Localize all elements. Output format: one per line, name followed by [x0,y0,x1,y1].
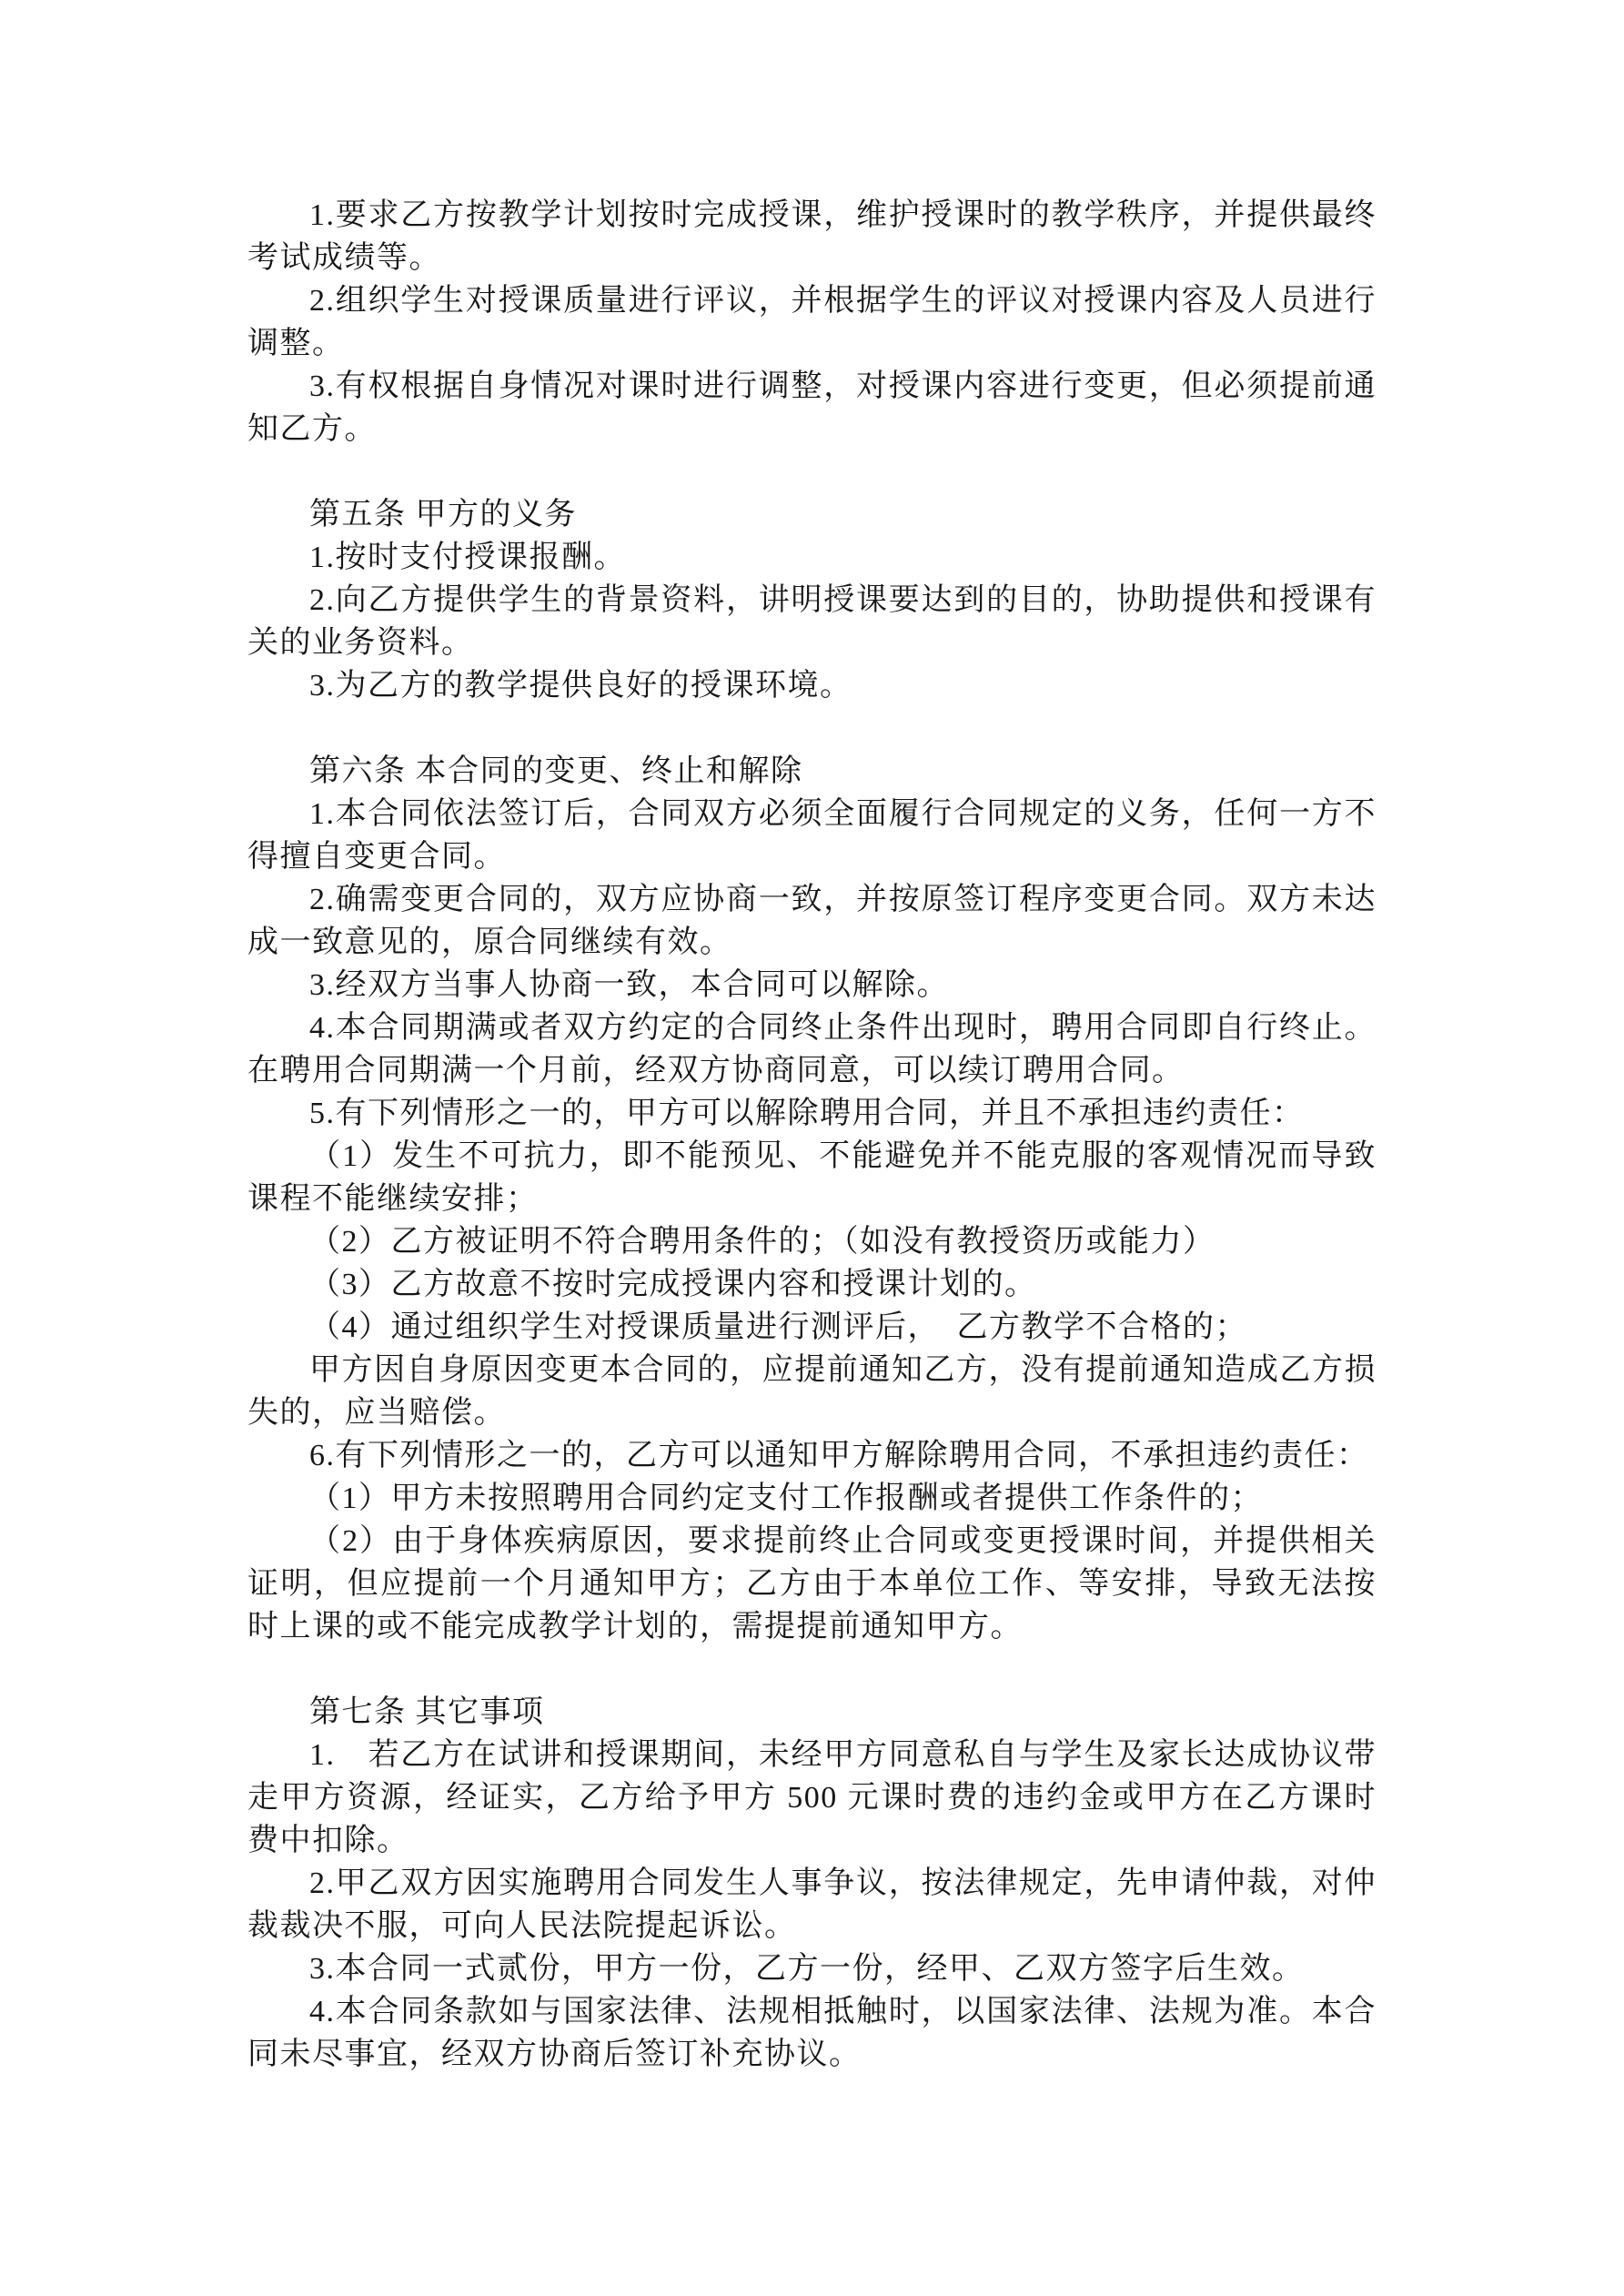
clause-paragraph: 1.要求乙方按教学计划按时完成授课，维护授课时的教学秩序，并提供最终考试成绩等。 [247,194,1377,279]
clause-paragraph: 4.本合同条款如与国家法律、法规相抵触时，以国家法律、法规为准。本合同未尽事宜，… [247,1990,1377,2076]
clause-paragraph: （3）乙方故意不按时完成授课内容和授课计划的。 [247,1263,1377,1306]
clause-paragraph: （4）通过组织学生对授课质量进行测评后， 乙方教学不合格的； [247,1306,1377,1349]
document-page: 1.要求乙方按教学计划按时完成授课，维护授课时的教学秩序，并提供最终考试成绩等。… [0,0,1624,2296]
contract-section-2: 第五条 甲方的义务1.按时支付授课报酬。2.向乙方提供学生的背景资料，讲明授课要… [247,493,1377,707]
clause-paragraph: 1.按时支付授课报酬。 [247,536,1377,579]
clause-paragraph: 6.有下列情形之一的，乙方可以通知甲方解除聘用合同，不承担违约责任： [247,1434,1377,1477]
clause-paragraph: 2.确需变更合同的，双方应协商一致，并按原签订程序变更合同。双方未达成一致意见的… [247,878,1377,964]
clause-paragraph: 2.向乙方提供学生的背景资料，讲明授课要达到的目的，协助提供和授课有关的业务资料… [247,579,1377,664]
clause-paragraph: （2）由于身体疾病原因，要求提前终止合同或变更授课时间，并提供相关证明，但应提前… [247,1520,1377,1648]
contract-section-1: 1.要求乙方按教学计划按时完成授课，维护授课时的教学秩序，并提供最终考试成绩等。… [247,194,1377,450]
clause-heading: 第五条 甲方的义务 [247,493,1377,536]
clause-paragraph: 3.为乙方的教学提供良好的授课环境。 [247,664,1377,707]
clause-paragraph: 3.有权根据自身情况对课时进行调整，对授课内容进行变更，但必须提前通知乙方。 [247,365,1377,450]
clause-paragraph: 甲方因自身原因变更本合同的，应提前通知乙方，没有提前通知造成乙方损失的，应当赔偿… [247,1349,1377,1434]
contract-section-4: 第七条 其它事项1. 若乙方在试讲和授课期间，未经甲方同意私自与学生及家长达成协… [247,1691,1377,2076]
clause-paragraph: 3.经双方当事人协商一致，本合同可以解除。 [247,964,1377,1006]
clause-heading: 第七条 其它事项 [247,1691,1377,1734]
clause-paragraph: （1）甲方未按照聘用合同约定支付工作报酬或者提供工作条件的； [247,1477,1377,1520]
clause-paragraph: 1.本合同依法签订后，合同双方必须全面履行合同规定的义务，任何一方不得擅自变更合… [247,793,1377,878]
clause-paragraph: （1）发生不可抗力，即不能预见、不能避免并不能克服的客观情况而导致课程不能继续安… [247,1135,1377,1220]
contract-body: 1.要求乙方按教学计划按时完成授课，维护授课时的教学秩序，并提供最终考试成绩等。… [247,194,1377,2076]
clause-paragraph: （2）乙方被证明不符合聘用条件的；（如没有教授资历或能力） [247,1220,1377,1263]
clause-paragraph: 1. 若乙方在试讲和授课期间，未经甲方同意私自与学生及家长达成协议带走甲方资源，… [247,1734,1377,1862]
clause-paragraph: 2.组织学生对授课质量进行评议，并根据学生的评议对授课内容及人员进行调整。 [247,279,1377,365]
clause-heading: 第六条 本合同的变更、终止和解除 [247,750,1377,793]
clause-paragraph: 2.甲乙双方因实施聘用合同发生人事争议，按法律规定，先申请仲裁，对仲裁裁决不服，… [247,1862,1377,1947]
clause-paragraph: 3.本合同一式贰份，甲方一份，乙方一份，经甲、乙双方签字后生效。 [247,1947,1377,1990]
clause-paragraph: 5.有下列情形之一的，甲方可以解除聘用合同，并且不承担违约责任： [247,1092,1377,1135]
contract-section-3: 第六条 本合同的变更、终止和解除1.本合同依法签订后，合同双方必须全面履行合同规… [247,750,1377,1648]
clause-paragraph: 4.本合同期满或者双方约定的合同终止条件出现时，聘用合同即自行终止。在聘用合同期… [247,1006,1377,1092]
